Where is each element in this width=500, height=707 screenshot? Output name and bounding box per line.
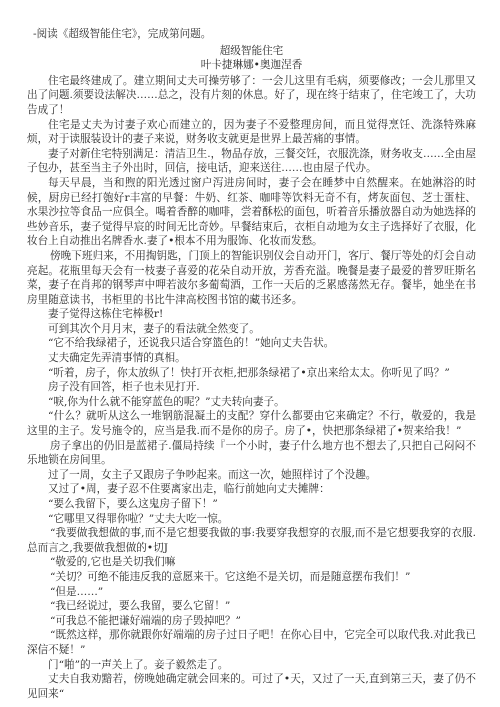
paragraph: 丈夫确定先弄清事情的真相。 <box>27 351 476 366</box>
article-author: 叶卡捷琳娜•奥迦涅香 <box>27 58 476 73</box>
paragraph: “它不给我绿裙子，还说我只适合穿篮色的！”她向丈夫告状。 <box>27 336 476 351</box>
article-body: 住宅最终建成了。建立期间丈夫可操劳够了：一会儿这里有毛病，须要修改；一会儿那里又… <box>27 74 476 702</box>
paragraph: “关切？可绝不能违反我的意愿来干。它这绝不是关切，而是随意摆布我们！” <box>27 570 476 585</box>
paragraph: “要么我留下，要么这鬼房子留下！” <box>27 497 476 512</box>
document-page: -阅读《超级智能住宅》，完成第问题。 超级智能住宅 叶卡捷琳娜•奥迦涅香 住宅最… <box>0 0 500 707</box>
paragraph: “但是……” <box>27 585 476 600</box>
paragraph: “可我总不能把谦好端端的房子毁掉吧？” <box>27 614 476 629</box>
article-title: 超级智能住宅 <box>27 44 476 59</box>
paragraph: “它哪里又得罪你啦？”丈夫大吃一惊。 <box>27 512 476 527</box>
paragraph: 每天早晨，当和煦的阳光透过窗户泻进房间时，妻子会在睡梦中自然醒来。在她淋浴的时候… <box>27 176 476 249</box>
paragraph: “我要做我想做的事,而不是它想要我做的事:我要穿我想穿的衣服,而不是它想要我穿的… <box>27 526 476 555</box>
paragraph: “听着，房子，你太放纵了！快打开衣柜,把那条绿裙了•京出来给太太。你听见了吗？” <box>27 366 476 381</box>
paragraph: 妻子对新住宅特别满足：清洁卫生.，物品存放，三餐交饪，衣服洗涤，财务收支……全由… <box>27 147 476 176</box>
paragraph: 丈夫自我劝黯若，傍晚她确定就会回来的。可过了•天，又过了一天,直到第三天，妻了仍… <box>27 672 476 701</box>
paragraph: 过了一周，女主子又跟房子争吵起来。而这一次，她照样讨了个没趣。 <box>27 468 476 483</box>
reading-instruction: -阅读《超级智能住宅》，完成第问题。 <box>33 27 476 42</box>
paragraph: 房子拿出的仍旧是蓝裙子.僵局持续『一个小时，妻子什么地方也不想去了,只把自己闷闷… <box>27 439 476 468</box>
paragraph: 妻子觉得这栋住宅棒极r! <box>27 307 476 322</box>
paragraph: “我已经说过，要么我留，要么它留！” <box>27 599 476 614</box>
paragraph: “既然这样，那你就跟你好端端的房子过日子吧！在你心目中，它完全可以取代我.对此我… <box>27 628 476 657</box>
paragraph: 住宅最终建成了。建立期间丈夫可操劳够了：一会儿这里有毛病，须要修改；一会儿那里又… <box>27 74 476 118</box>
paragraph: “敬爱的,它也是关切我们嘛 <box>27 555 476 570</box>
paragraph: 房子没有回答，柜子也未见打开. <box>27 380 476 395</box>
paragraph: “什么？就听从这么一堆钢筋混凝土的支配？穿什么都要由它来确定？不行，敬爱的，我是… <box>27 409 476 438</box>
paragraph: 可到其次个月月末，妻子的看法就全然变了。 <box>27 322 476 337</box>
paragraph: “唳,你为什么就不能穿蓝色的呢？”丈夫转向妻子。 <box>27 395 476 410</box>
paragraph: 傍晚下班归来，不用掏钥匙，门顶上的智能识别仪会自动开门，客厅、餐厅等处的灯会自动… <box>27 249 476 307</box>
paragraph: 门“啪”的一声关上了。妾子毅然走了。 <box>27 658 476 673</box>
paragraph: 又过了•周，妻子忍不住要离家出走，临行前她向丈夫摊牌： <box>27 482 476 497</box>
paragraph: 住宅是丈夫为讨妻子欢心而建立的，因为妻子不爱整理房间，而且觉得烹饪、洗涤特殊麻烦… <box>27 118 476 147</box>
